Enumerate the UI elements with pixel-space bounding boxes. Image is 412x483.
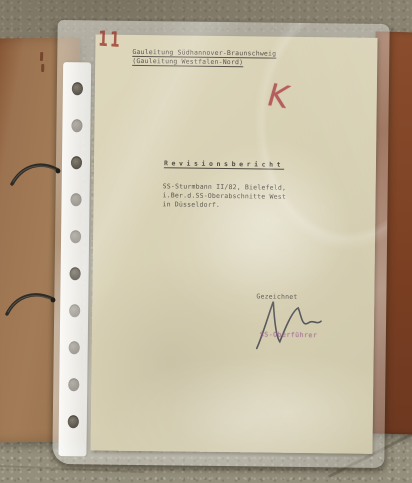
punched-filing-strip [58, 62, 91, 456]
punch-hole [69, 267, 80, 280]
punch-hole [67, 415, 78, 428]
binder-ring-clip [8, 156, 66, 192]
punch-hole [71, 119, 82, 132]
plastic-sheet-protector: 11 Gauleitung Südhannover-Braunschweig (… [52, 20, 389, 468]
handwritten-signature [247, 296, 336, 353]
punch-hole [69, 230, 80, 243]
document-title: Revisionsbericht [164, 159, 284, 169]
punch-hole [68, 378, 79, 391]
red-page-number-mark: 11 [98, 27, 122, 52]
body-line-3: in Düsseldorf. [162, 200, 220, 209]
red-crayon-letter: K [263, 78, 293, 116]
letterhead-line-2: (Gauleitung Westfalen-Nord) [132, 57, 243, 67]
typewritten-document-page: 11 Gauleitung Südhannover-Braunschweig (… [90, 34, 377, 453]
folder-pen-mark [41, 64, 44, 72]
photo-scene: 11 Gauleitung Südhannover-Braunschweig (… [0, 0, 412, 483]
punch-hole [68, 341, 79, 354]
folder-pen-mark [40, 52, 43, 61]
floor-tile-seam [0, 465, 144, 474]
rank-stamp-text: SS-Oberführer [260, 330, 317, 339]
punch-hole [70, 156, 81, 169]
punch-hole [71, 82, 82, 95]
punch-hole [70, 193, 81, 206]
binder-ring-clip [4, 284, 62, 320]
punch-hole [69, 304, 80, 317]
